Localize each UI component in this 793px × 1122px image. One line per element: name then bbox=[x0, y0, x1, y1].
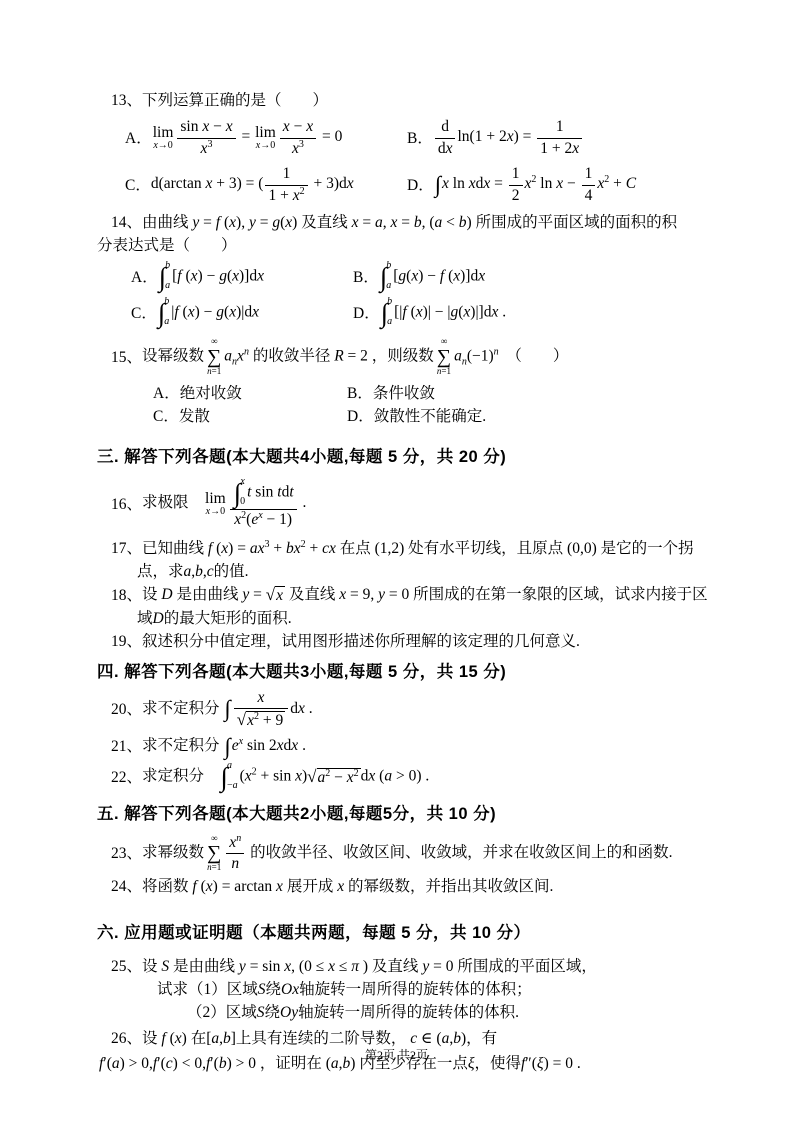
question-text-continued: 试求（1）区域 S 绕 Ox 轴旋转一周所得的旋转体的体积； bbox=[97, 978, 709, 1001]
question-number: 20、 bbox=[111, 698, 142, 721]
question-number: 16、 bbox=[111, 493, 142, 516]
question-text: 下列运算正确的是（ ） bbox=[142, 89, 328, 112]
option-label: D． bbox=[407, 174, 434, 197]
option-label: A． bbox=[153, 382, 180, 405]
question-line: 13、下列运算正确的是（ ） bbox=[97, 89, 709, 112]
option: C．d(arctan x + 3) = (11 + x2 + 3)dx bbox=[125, 164, 407, 205]
options-row: A．limx→0sin x − xx3 = limx→0x − xx3 = 0B… bbox=[97, 114, 709, 162]
option-content: ∫ba|f (x) − g(x)|dx bbox=[157, 297, 259, 329]
question-line: 15、设幂级数∞∑n=1anxn 的收敛半径 R = 2 ，则级数∞∑n=1an… bbox=[97, 334, 709, 380]
option-content: 敛散性不能确定. bbox=[374, 405, 486, 428]
options-row: C．d(arctan x + 3) = (11 + x2 + 3)dxD．∫x … bbox=[97, 162, 709, 208]
option-content: ∫ba[g(x) − f (x)]dx bbox=[379, 261, 485, 293]
option-label: C． bbox=[153, 405, 179, 428]
option: D．∫ba[|f (x)| − |g(x)|]dx . bbox=[353, 297, 506, 329]
question-number: 13、 bbox=[111, 89, 142, 112]
option-label: B． bbox=[407, 127, 433, 150]
question-number: 25、 bbox=[111, 955, 142, 978]
question-number: 19、 bbox=[111, 630, 142, 653]
option-content: limx→0sin x − xx3 = limx→0x − xx3 = 0 bbox=[152, 117, 343, 158]
option-label: D． bbox=[347, 405, 374, 428]
option: A．∫ba[f (x) − g(x)]dx bbox=[131, 261, 353, 293]
question-line: 17、已知曲线 f (x) = ax3 + bx2 + cx 在点 (1,2) … bbox=[97, 537, 709, 560]
option-content: 条件收敛 bbox=[373, 382, 435, 405]
option-label: B． bbox=[353, 266, 379, 289]
question-line: 23、求幂级数∞∑n=1xnn 的收敛半径、收敛区间、收敛域，并求在收敛区间上的… bbox=[97, 831, 709, 875]
question-number: 18、 bbox=[111, 584, 142, 607]
option-label: C． bbox=[125, 174, 151, 197]
options-row: A．∫ba[f (x) − g(x)]dxB．∫ba[g(x) − f (x)]… bbox=[97, 259, 709, 295]
question-line: 22、求定积分 ∫a−a(x2 + sin x)√a2 − x2dx (a > … bbox=[97, 761, 709, 793]
question-number: 21、 bbox=[111, 735, 142, 758]
option-label: A． bbox=[125, 127, 152, 150]
option-content: 绝对收敛 bbox=[180, 382, 242, 405]
options-row: A．绝对收敛B．条件收敛 bbox=[97, 382, 709, 405]
section-heading: 四. 解答下列各题(本大题共3小题,每题 5 分，共 15 分) bbox=[97, 659, 709, 685]
option: D．敛散性不能确定. bbox=[347, 405, 486, 428]
option-content: ∫ba[|f (x)| − |g(x)|]dx . bbox=[380, 297, 506, 329]
option: C．发散 bbox=[153, 405, 347, 428]
question-number: 23、 bbox=[111, 842, 142, 865]
option-content: ∫ba[f (x) − g(x)]dx bbox=[158, 261, 264, 293]
question-text: 设 S 是由曲线 y = sin x, (0 ≤ x ≤ π ) 及直线 y =… bbox=[142, 955, 597, 978]
question-text: 求定积分 ∫a−a(x2 + sin x)√a2 − x2dx (a > 0) … bbox=[142, 761, 429, 793]
question-text-continued: （2）区域 S 绕 Oy 轴旋转一周所得的旋转体的体积. bbox=[97, 1001, 709, 1024]
section-heading: 五. 解答下列各题(本大题共2小题,每题5分，共 10 分) bbox=[97, 801, 709, 827]
option-label: D． bbox=[353, 302, 380, 325]
question-text: 求不定积分 ∫x√x2 + 9dx . bbox=[142, 688, 313, 731]
option: A．limx→0sin x − xx3 = limx→0x − xx3 = 0 bbox=[125, 117, 407, 158]
question-text: 已知曲线 f (x) = ax3 + bx2 + cx 在点 (1,2) 处有水… bbox=[142, 537, 694, 560]
question-text: 设幂级数∞∑n=1anxn 的收敛半径 R = 2 ，则级数∞∑n=1an(−1… bbox=[142, 337, 568, 377]
option: D．∫x ln xdx = 12x2 ln x − 14x2 + C bbox=[407, 164, 636, 205]
question-line: 24、将函数 f (x) = arctan x 展开成 x 的幂级数，并指出其收… bbox=[97, 875, 709, 898]
question-number: 15、 bbox=[111, 346, 142, 369]
option-content: ddxln(1 + 2x) = 11 + 2x bbox=[433, 117, 584, 158]
document-body: 13、下列运算正确的是（ ）A．limx→0sin x − xx3 = limx… bbox=[97, 89, 709, 1076]
question-text-continued: 点，求 a,b,c 的值. bbox=[97, 560, 709, 583]
option: B．ddxln(1 + 2x) = 11 + 2x bbox=[407, 117, 584, 158]
question-text: 求不定积分 ∫ex sin 2xdx . bbox=[142, 734, 306, 758]
option: B．条件收敛 bbox=[347, 382, 435, 405]
section-heading: 三. 解答下列各题(本大题共4小题,每题 5 分，共 20 分) bbox=[97, 444, 709, 470]
question-number: 14、 bbox=[111, 211, 142, 234]
option-label: B． bbox=[347, 382, 373, 405]
option: A．绝对收敛 bbox=[153, 382, 347, 405]
option-label: C． bbox=[131, 302, 157, 325]
section-heading: 六. 应用题或证明题（本题共两题，每题 5 分，共 10 分） bbox=[97, 920, 709, 946]
question-text: 将函数 f (x) = arctan x 展开成 x 的幂级数，并指出其收敛区间… bbox=[142, 875, 553, 898]
question-line: 19、叙述积分中值定理，试用图形描述你所理解的该定理的几何意义. bbox=[97, 630, 709, 653]
options-row: C．∫ba|f (x) − g(x)|dxD．∫ba[|f (x)| − |g(… bbox=[97, 295, 709, 331]
question-text: 设 D 是由曲线 y = √x 及直线 x = 9, y = 0 所围成的在第一… bbox=[142, 583, 708, 607]
question-line: 14、由曲线 y = f (x), y = g(x) 及直线 x = a, x … bbox=[97, 211, 709, 234]
question-line: 16、求极限 limx→0∫x0t sin tdtx2(ex − 1) . bbox=[97, 475, 709, 533]
question-line: 21、求不定积分 ∫ex sin 2xdx . bbox=[97, 731, 709, 761]
option-content: ∫x ln xdx = 12x2 ln x − 14x2 + C bbox=[434, 164, 636, 205]
exam-page: 13、下列运算正确的是（ ）A．limx→0sin x − xx3 = limx… bbox=[0, 0, 793, 1122]
question-text: 求极限 limx→0∫x0t sin tdtx2(ex − 1) . bbox=[142, 477, 306, 530]
option-content: d(arctan x + 3) = (11 + x2 + 3)dx bbox=[151, 164, 354, 205]
page-footer: 第2页 共2页 bbox=[0, 1044, 793, 1067]
question-text: 由曲线 y = f (x), y = g(x) 及直线 x = a, x = b… bbox=[142, 211, 677, 234]
option-content: 发散 bbox=[179, 405, 210, 428]
option: B．∫ba[g(x) − f (x)]dx bbox=[353, 261, 485, 293]
question-line: 25、设 S 是由曲线 y = sin x, (0 ≤ x ≤ π ) 及直线 … bbox=[97, 955, 709, 978]
question-line: 18、设 D 是由曲线 y = √x 及直线 x = 9, y = 0 所围成的… bbox=[97, 583, 709, 607]
question-text-continued: 分表达式是（ ） bbox=[97, 234, 709, 257]
question-number: 24、 bbox=[111, 875, 142, 898]
options-row: C．发散D．敛散性不能确定. bbox=[97, 405, 709, 428]
question-text-continued: 域 D 的最大矩形的面积. bbox=[97, 607, 709, 630]
option: C．∫ba|f (x) − g(x)|dx bbox=[131, 297, 353, 329]
question-line: 20、求不定积分 ∫x√x2 + 9dx . bbox=[97, 687, 709, 731]
question-text: 求幂级数∞∑n=1xnn 的收敛半径、收敛区间、收敛域，并求在收敛区间上的和函数… bbox=[142, 833, 672, 874]
question-number: 22、 bbox=[111, 766, 142, 789]
question-text: 叙述积分中值定理，试用图形描述你所理解的该定理的几何意义. bbox=[142, 630, 580, 653]
option-label: A． bbox=[131, 266, 158, 289]
question-number: 17、 bbox=[111, 537, 142, 560]
